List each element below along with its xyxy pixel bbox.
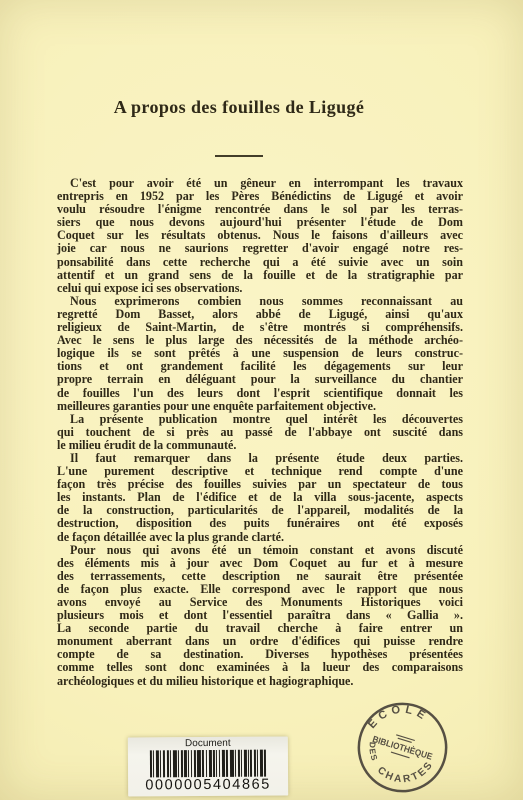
barcode-bar [191,750,192,777]
barcode-bar [241,750,242,777]
text-line: meilleures garanties pour une enquête pa… [57,400,463,413]
text-line: de fouilles l'un des leurs dont l'esprit… [57,387,463,400]
paragraph: Pour nous qui avons été un témoin consta… [57,544,463,688]
text-line: qui touchent de si près au passé de l'ab… [57,426,463,439]
barcode-label: Document [185,738,231,749]
scanned-page: A propos des fouilles de Ligugé C'est po… [0,0,523,800]
barcode-bar [264,750,266,777]
barcode-sticker: Document 0000005404865 [128,736,288,796]
barcode-bar [206,750,207,777]
barcode-bar [173,750,177,777]
barcode-bar [167,750,169,777]
text-line: de façon détaillée avec la plus grande c… [57,531,463,544]
barcode-bar [244,750,247,777]
text-line: destruction, disposition des puits funér… [57,517,463,530]
barcode-bar [202,750,204,777]
text-line: celui qui expose ici ses observations. [57,282,463,295]
paragraph: La présente publication montre quel inté… [57,413,463,452]
text-line: comme telles sont donc examinées à la lu… [57,661,463,674]
library-stamp: ÉCOLE CHARTES DES BIBLIOTHÈQUE [354,699,451,796]
text-line: des éléments mis à jour avec Dom Coquet … [57,557,463,570]
barcode-bar [248,750,249,777]
text-line: La présente publication montre quel inté… [57,413,463,426]
barcode-bar [163,750,165,777]
barcode-bar [250,750,252,777]
barcode-bar [260,750,263,777]
text-line: propre terrain en déléguant pour la surv… [57,373,463,386]
text-line: le milieu érudit de la communauté. [57,439,463,452]
page-title: A propos des fouilles de Ligugé [0,97,478,118]
barcode-bar [238,750,240,777]
barcode-bar [209,750,212,777]
barcode-bar [184,750,187,777]
text-line: attentif et un grand sens de la fouille … [57,269,463,282]
paragraph: Nous exprimerons combien nous sommes rec… [57,295,463,413]
text-line: Nous exprimerons combien nous sommes rec… [57,295,463,308]
stamp-text-bottom: CHARTES [374,758,438,790]
barcode-bar [230,750,234,777]
barcode-bar [153,750,154,777]
barcode-bar [156,750,159,777]
barcode-bar [226,750,228,777]
barcode-number: 0000005404865 [145,777,271,794]
barcode [150,750,266,778]
svg-text:ÉCOLE: ÉCOLE [363,700,432,732]
paragraph: Il faut remarquer dans la présente étude… [57,452,463,544]
body-text: C'est pour avoir été un gêneur en interr… [57,177,463,688]
barcode-bar [194,750,196,777]
stamp-text-center: BIBLIOTHÈQUE [371,734,433,762]
paragraph: C'est pour avoir été un gêneur en interr… [57,177,463,295]
barcode-bar [216,750,217,777]
barcode-bar [188,750,189,777]
barcode-bar [235,750,236,777]
barcode-bar [213,750,215,777]
stamp-text-top: ÉCOLE [363,700,432,732]
text-line: joie car nous ne saurions regretter d'av… [57,242,463,255]
barcode-bar [197,750,201,777]
barcode-bar [254,750,256,777]
title-divider [215,155,263,157]
barcode-bar [150,750,152,777]
barcode-bar [178,750,179,777]
text-line: archéologiques et du milieu historique e… [57,675,463,688]
barcode-bar [222,750,225,777]
barcode-bar [160,750,161,777]
text-line: ponsabilité dans cette recherche qui a é… [57,256,463,269]
barcode-bar [219,750,220,777]
text-line: Pour nous qui avons été un témoin consta… [57,544,463,557]
text-line: des terrassements, cette description ne … [57,570,463,583]
svg-text:CHARTES: CHARTES [374,758,438,790]
barcode-bar [181,750,183,777]
barcode-bar [170,750,171,777]
barcode-bar [257,750,258,777]
